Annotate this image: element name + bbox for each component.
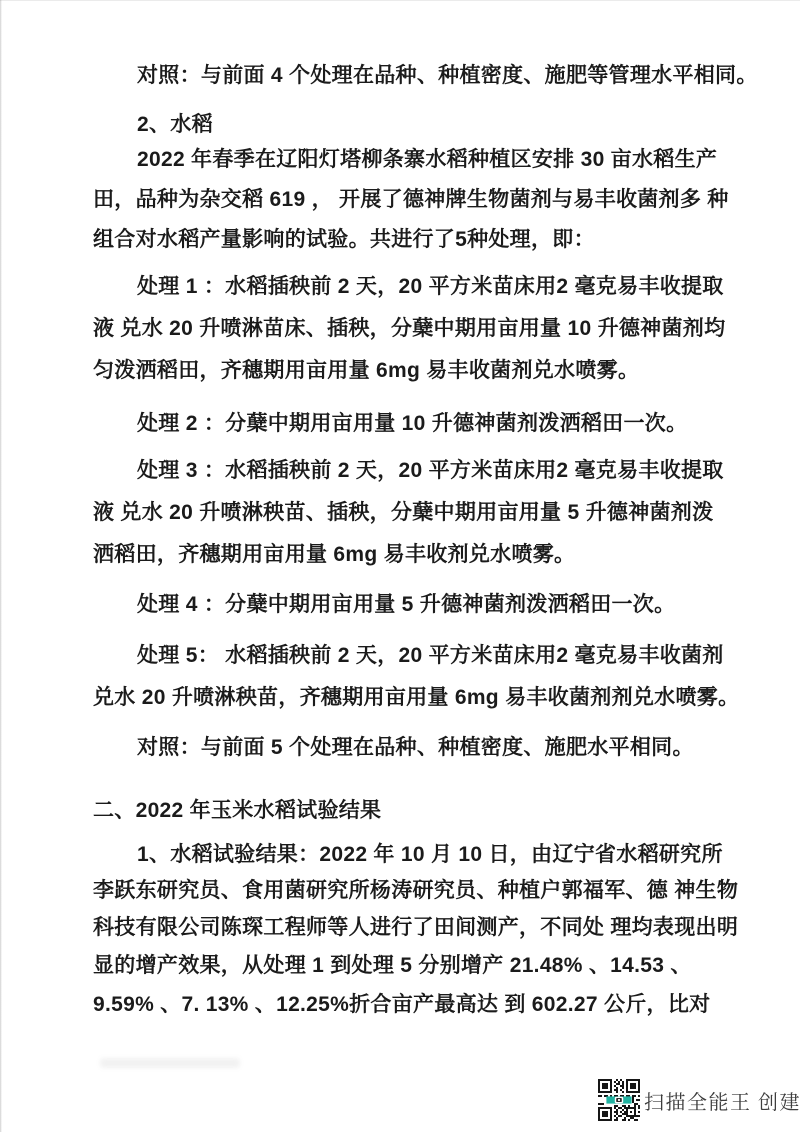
text-line: 1、水稻试验结果：2022 年 10 月 10 日，由辽宁省水稻研究所 [93, 836, 715, 873]
text-line: 洒稻田，齐穗期用亩用量 6mg 易丰收剂兑水喷雾。 [93, 534, 715, 575]
text-line: 液 兑水 20 升喷淋秧苗、插秧，分蘖中期用亩用量 5 升德神菌剂泼 [93, 492, 715, 533]
text-line: 处理 4 ：分蘖中期用亩用量 5 升德神菌剂泼洒稻田一次。 [93, 584, 715, 625]
text-line: 处理 2 ：分蘖中期用亩用量 10 升德神菌剂泼洒稻田一次。 [93, 403, 715, 444]
text-line: 田，品种为杂交稻 619 ， 开展了德神牌生物菌剂与易丰收菌剂多 种 [93, 180, 715, 220]
scanned-document-page: { "page": { "background": "#ffffff", "te… [0, 0, 800, 1132]
document-text: 对照：与前面 4 个处理在品种、种植密度、施肥等管理水平相同。2、水稻2022 … [93, 55, 715, 1023]
text-line: 对照：与前面 5 个处理在品种、种植密度、施肥水平相同。 [93, 727, 715, 768]
text-line: 处理 1 ：水稻插秧前 2 天，20 平方米苗床用2 毫克易丰收提取 [93, 266, 715, 307]
section-heading: 二、2022 年玉米水稻试验结果 [93, 790, 715, 831]
text-line: 李跃东研究员、食用菌研究所杨涛研究员、种植户郭福军、德 神生物 [93, 872, 715, 909]
qr-code-icon [598, 1079, 640, 1121]
text-line: 处理 3 ：水稻插秧前 2 天，20 平方米苗床用2 毫克易丰收提取 [93, 450, 715, 491]
page-top-edge [0, 0, 800, 1]
text-line: 2、水稻 [93, 104, 715, 145]
text-line: 显的增产效果，从处理 1 到处理 5 分别增产 21.48% 、14.53 、 [93, 947, 715, 984]
text-line: 组合对水稻产量影响的试验。共进行了5种处理，即： [93, 220, 715, 260]
text-line: 9.59% 、7. 13% 、12.25%折合亩产最高达 到 602.27 公斤… [93, 986, 715, 1023]
text-line: 兑水 20 升喷淋秧苗，齐穗期用亩用量 6mg 易丰收菌剂剂兑水喷雾。 [93, 677, 715, 718]
watermark-text: 扫描全能王 创建 [644, 1086, 800, 1115]
text-line: 处理 5： 水稻插秧前 2 天，20 平方米苗床用2 毫克易丰收菌剂 [93, 635, 715, 676]
page-left-edge [0, 0, 2, 1132]
text-line: 匀泼洒稻田，齐穗期用亩用量 6mg 易丰收菌剂兑水喷雾。 [93, 350, 715, 391]
camscanner-watermark [598, 1079, 640, 1121]
ink-bleed-smudge [100, 1058, 240, 1068]
text-line: 液 兑水 20 升喷淋苗床、插秧，分蘖中期用亩用量 10 升德神菌剂均 [93, 308, 715, 349]
text-line: 对照：与前面 4 个处理在品种、种植密度、施肥等管理水平相同。 [93, 55, 715, 96]
text-line: 科技有限公司陈琛工程师等人进行了田间测产，不同处 理均表现出明 [93, 909, 715, 946]
text-line: 2022 年春季在辽阳灯塔柳条寨水稻种植区安排 30 亩水稻生产 [93, 140, 715, 180]
